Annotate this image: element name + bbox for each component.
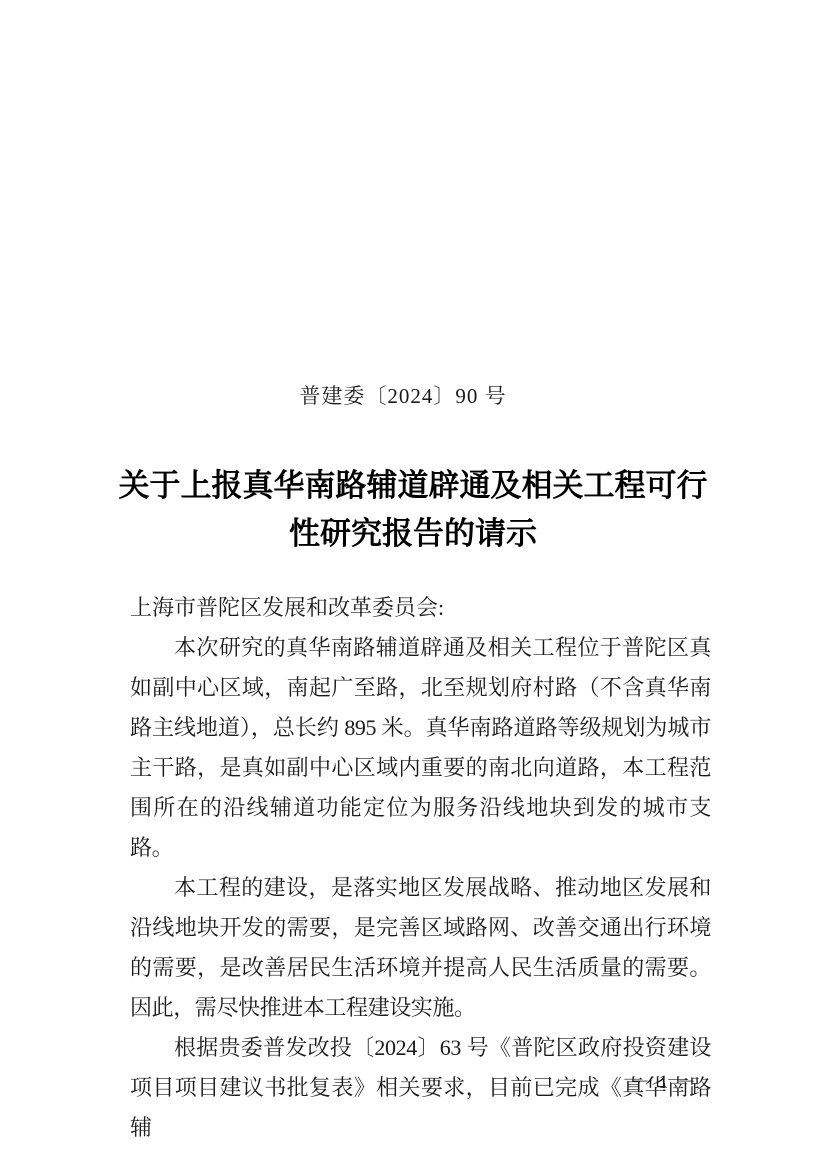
body-paragraph-2: 本工程的建设，是落实地区发展战略、推动地区发展和沿线地块开发的需要，是完善区域路… xyxy=(130,868,711,1028)
page-number: － 1 － xyxy=(631,1070,698,1096)
document-number: 普建委〔2024〕90 号 xyxy=(0,381,806,411)
salutation-line: 上海市普陀区发展和改革委员会: xyxy=(130,588,711,628)
document-body: 上海市普陀区发展和改革委员会: 本次研究的真华南路辅道辟通及相关工程位于普陀区真… xyxy=(130,588,711,1148)
body-paragraph-3: 根据贵委普发改投〔2024〕63 号《普陀区政府投资建设项目项目建议书批复表》相… xyxy=(130,1028,711,1148)
body-paragraph-1: 本次研究的真华南路辅道辟通及相关工程位于普陀区真如副中心区域，南起广至路，北至规… xyxy=(130,628,711,868)
document-page: 普建委〔2024〕90 号 关于上报真华南路辅道辟通及相关工程可行性研究报告的请… xyxy=(0,0,826,1169)
document-title: 关于上报真华南路辅道辟通及相关工程可行性研究报告的请示 xyxy=(108,462,718,558)
